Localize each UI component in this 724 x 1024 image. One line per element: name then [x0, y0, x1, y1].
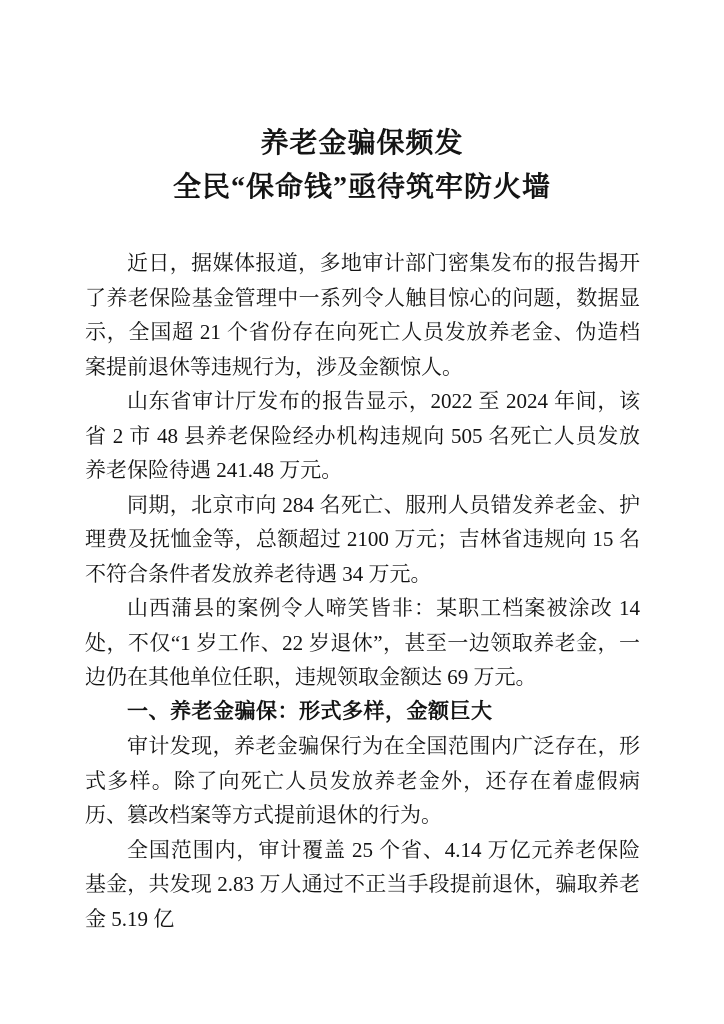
document-title-line-2: 全民“保命钱”亟待筑牢防火墙 — [60, 166, 664, 210]
paragraph-national-scope: 全国范围内，审计覆盖 25 个省、4.14 万亿元养老保险基金，共发现 2.83… — [85, 833, 640, 937]
document-title: 养老金骗保频发 全民“保命钱”亟待筑牢防火墙 — [60, 122, 664, 210]
paragraph-shandong: 山东省审计厅发布的报告显示，2022 至 2024 年间，该省 2 市 48 县… — [85, 384, 640, 488]
paragraph-shanxi-puxian: 山西蒲县的案例令人啼笑皆非：某职工档案被涂改 14 处，不仅“1 岁工作、22 … — [85, 591, 640, 695]
document-page: 养老金骗保频发 全民“保命钱”亟待筑牢防火墙 近日，据媒体报道，多地审计部门密集… — [0, 0, 724, 1024]
document-body: 近日，据媒体报道，多地审计部门密集发布的报告揭开了养老保险基金管理中一系列令人触… — [85, 246, 640, 936]
paragraph-audit-findings: 审计发现，养老金骗保行为在全国范围内广泛存在，形式多样。除了向死亡人员发放养老金… — [85, 729, 640, 833]
document-title-line-1: 养老金骗保频发 — [60, 122, 664, 166]
paragraph-intro: 近日，据媒体报道，多地审计部门密集发布的报告揭开了养老保险基金管理中一系列令人触… — [85, 246, 640, 384]
paragraph-beijing-jilin: 同期，北京市向 284 名死亡、服刑人员错发养老金、护理费及抚恤金等，总额超过 … — [85, 488, 640, 592]
section-heading-1: 一、养老金骗保：形式多样，金额巨大 — [85, 695, 640, 730]
